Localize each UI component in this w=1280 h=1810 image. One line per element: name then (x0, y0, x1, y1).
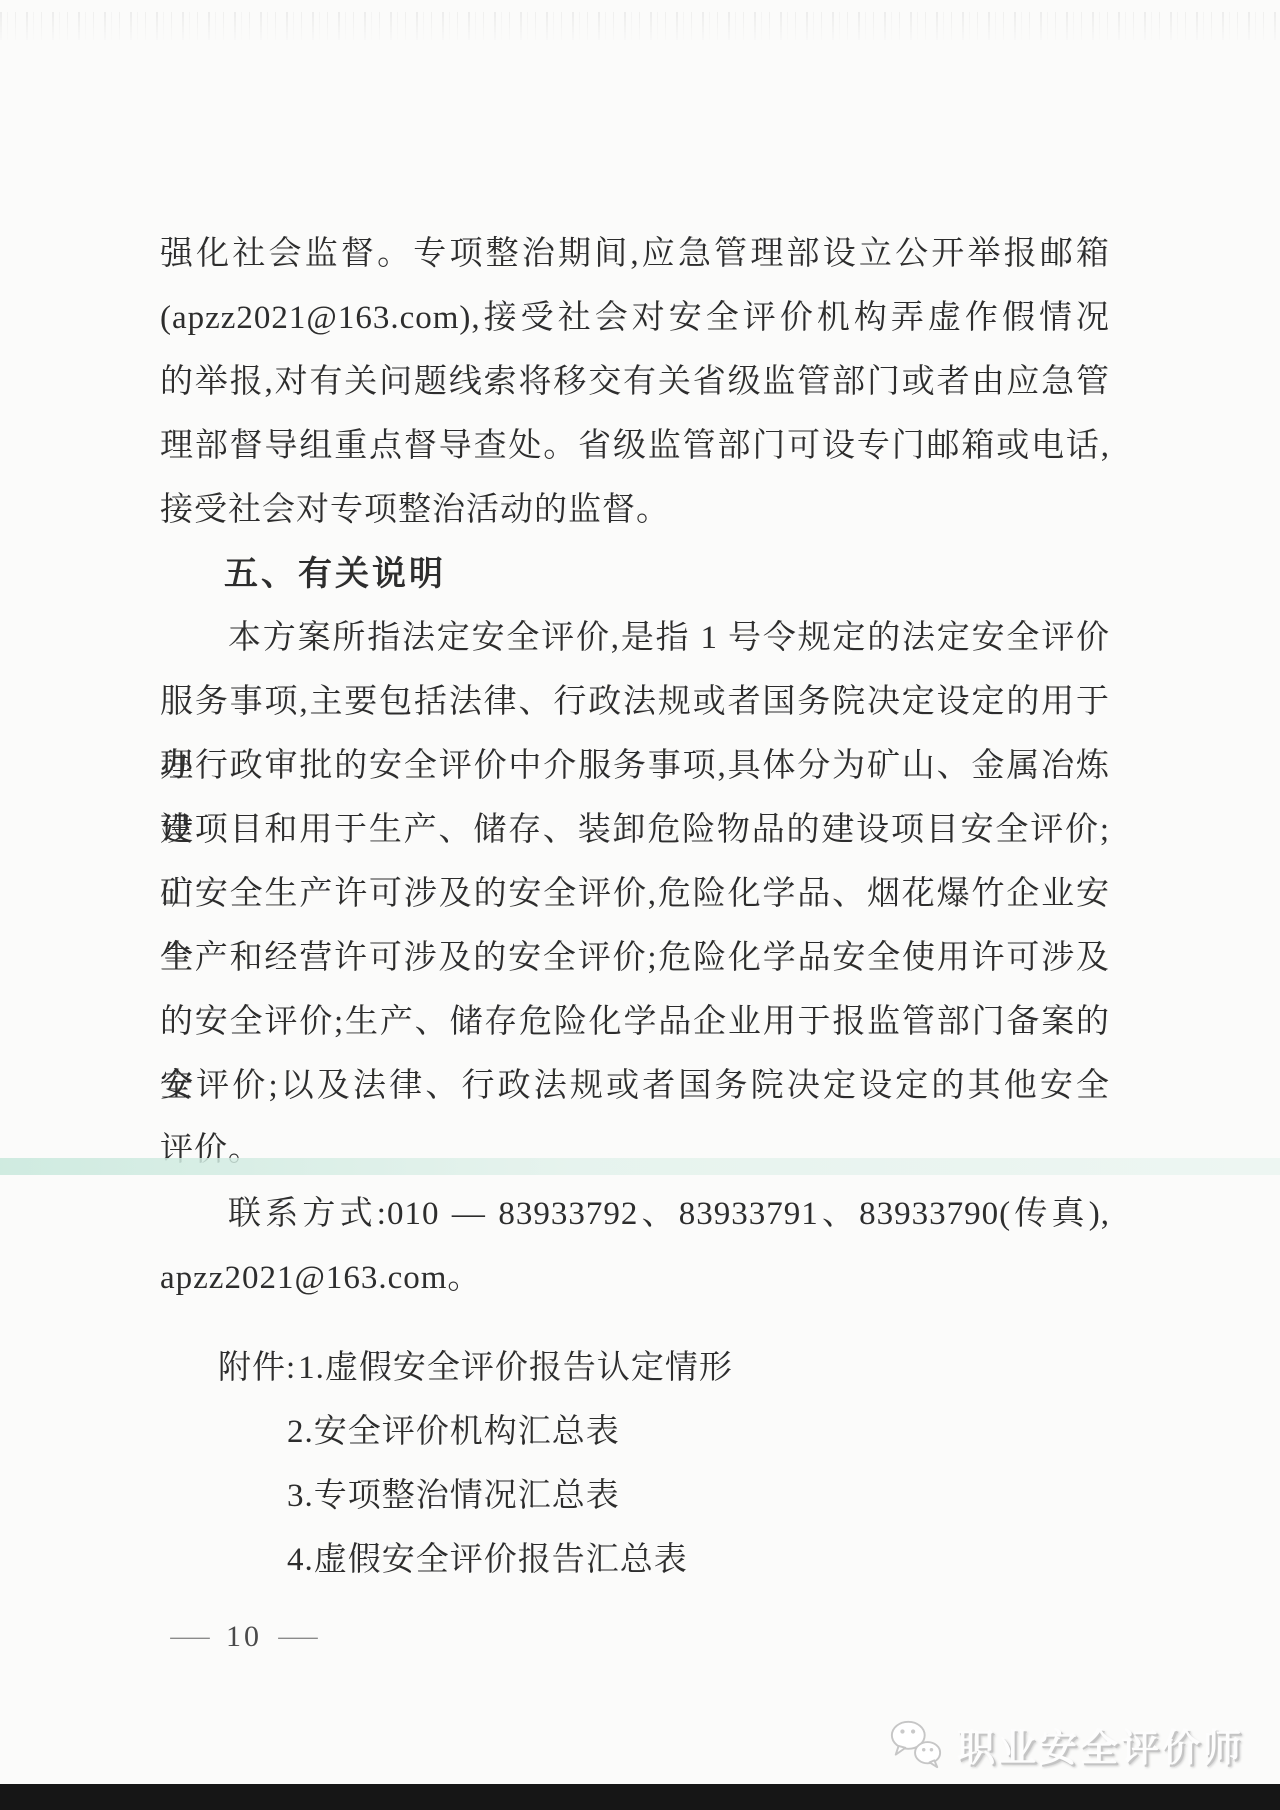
attachment-row: 3.专项整治情况汇总表 (160, 1464, 1110, 1528)
body-line: 的安全评价;生产、储存危险化学品企业用于报监管部门备案的安 (160, 990, 1110, 1054)
body-line: 设项目和用于生产、储存、装卸危险物品的建设项目安全评价;矿 (160, 798, 1110, 862)
page-number-dash: — (278, 1621, 317, 1653)
watermark: 职业安全评价师 (887, 1716, 1244, 1772)
body-line: 全评价;以及法律、行政法规或者国务院决定设定的其他安全 (160, 1054, 1110, 1118)
page-number-footer: — 10 — (176, 1620, 312, 1654)
document-body: 强化社会监督。专项整治期间,应急管理部设立公开举报邮箱 (apzz2021@16… (160, 222, 1110, 1592)
bottom-scan-bar (0, 1784, 1280, 1810)
body-line: 强化社会监督。专项整治期间,应急管理部设立公开举报邮箱 (160, 222, 1110, 286)
scan-noise-band (0, 12, 1280, 40)
attachments-list: 附件: 1.虚假安全评价报告认定情形 2.安全评价机构汇总表 3.专项整治情况汇… (160, 1336, 1110, 1592)
attachment-item: 4.虚假安全评价报告汇总表 (160, 1528, 688, 1592)
scan-highlight-stripe (0, 1158, 1280, 1175)
body-line: 理行政审批的安全评价中介服务事项,具体分为矿山、金属冶炼建 (160, 734, 1110, 798)
section-heading: 五、有关说明 (160, 542, 1110, 606)
attachments-label: 附件: (160, 1336, 296, 1400)
contact-line: 联系方式:010 — 83933792、83933791、83933790(传真… (160, 1182, 1110, 1246)
body-line: 理部督导组重点督导查处。省级监管部门可设专门邮箱或电话, (160, 414, 1110, 478)
attachment-item: 3.专项整治情况汇总表 (160, 1464, 620, 1528)
page-number: 10 (226, 1620, 262, 1654)
body-line: 山安全生产许可涉及的安全评价,危险化学品、烟花爆竹企业安全 (160, 862, 1110, 926)
watermark-text: 职业安全评价师 (957, 1717, 1244, 1772)
body-line: 服务事项,主要包括法律、行政法规或者国务院决定设定的用于办 (160, 670, 1110, 734)
body-line: 本方案所指法定安全评价,是指 1 号令规定的法定安全评价 (160, 606, 1110, 670)
body-line: (apzz2021@163.com),接受社会对安全评价机构弄虚作假情况 (160, 286, 1110, 350)
body-line: 的举报,对有关问题线索将移交有关省级监管部门或者由应急管 (160, 350, 1110, 414)
body-line: 接受社会对专项整治活动的监督。 (160, 478, 1110, 542)
attachment-item: 1.虚假安全评价报告认定情形 (296, 1336, 733, 1400)
attachment-item: 2.安全评价机构汇总表 (160, 1400, 620, 1464)
attachment-row: 4.虚假安全评价报告汇总表 (160, 1528, 1110, 1592)
attachment-row: 2.安全评价机构汇总表 (160, 1400, 1110, 1464)
contact-line: apzz2021@163.com。 (160, 1246, 1110, 1310)
wechat-chat-bubbles-icon (887, 1716, 945, 1772)
scanned-document-page: 强化社会监督。专项整治期间,应急管理部设立公开举报邮箱 (apzz2021@16… (0, 0, 1280, 1810)
page-number-dash: — (170, 1621, 209, 1653)
attachment-row: 附件: 1.虚假安全评价报告认定情形 (160, 1336, 1110, 1400)
body-line: 生产和经营许可涉及的安全评价;危险化学品安全使用许可涉及 (160, 926, 1110, 990)
